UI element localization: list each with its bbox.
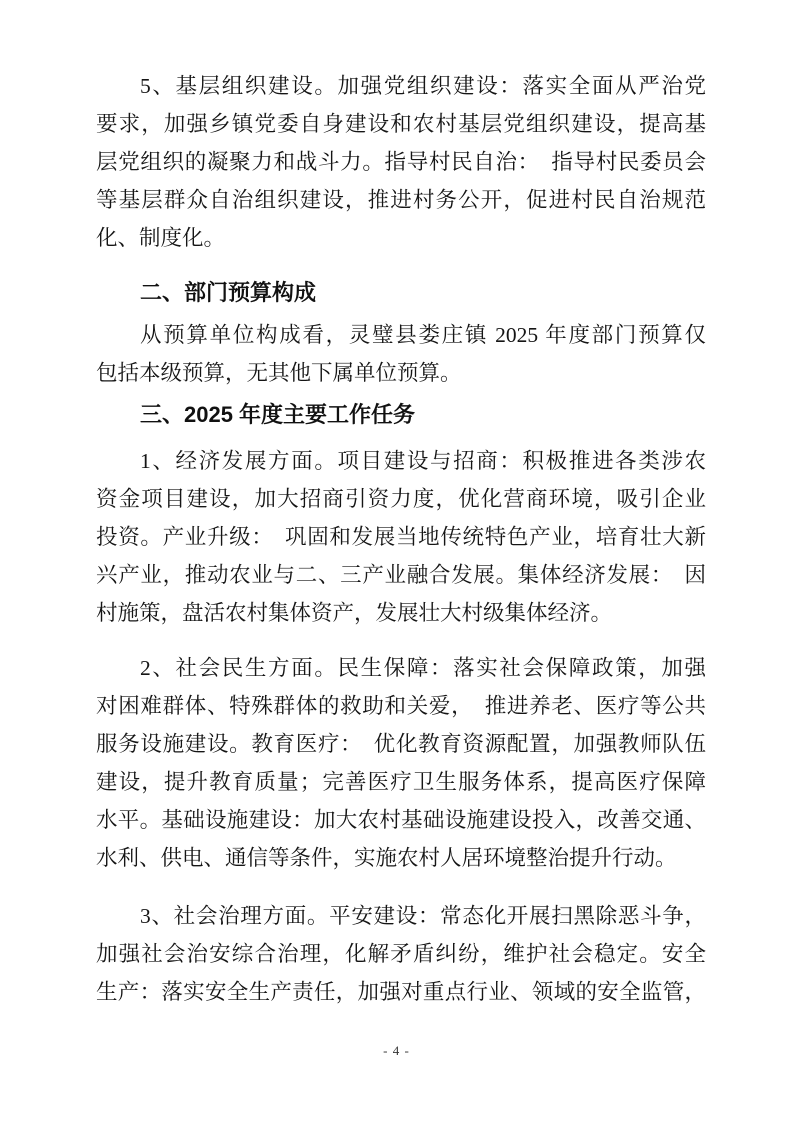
text-line: 从预算单位构成看，灵璧县娄庄镇 2025 年度部门预算仅 bbox=[96, 316, 706, 354]
page-number: - 4 - bbox=[383, 1043, 410, 1058]
text-line: 村施策，盘活农村集体资产，发展壮大村级集体经济。 bbox=[96, 594, 706, 632]
text-line: 水平。基础设施建设：加大农村基础设施建设投入，改善交通、 bbox=[96, 801, 706, 839]
paragraph: 从预算单位构成看，灵璧县娄庄镇 2025 年度部门预算仅包括本级预算，无其他下属… bbox=[96, 316, 706, 392]
text-line: 建设，提升教育质量；完善医疗卫生服务体系，提高医疗保障 bbox=[96, 763, 706, 801]
text-line: 服务设施建设。教育医疗： 优化教育资源配置，加强教师队伍 bbox=[96, 725, 706, 763]
page-footer: - 4 - bbox=[0, 1042, 793, 1060]
text-line: 对困难群体、特殊群体的救助和关爱， 推进养老、医疗等公共 bbox=[96, 687, 706, 725]
section-heading: 三、2025 年度主要工作任务 bbox=[96, 396, 706, 434]
text-line: 生产：落实安全生产责任，加强对重点行业、领域的安全监管， bbox=[96, 973, 706, 1011]
text-line: 资金项目建设，加大招商引资力度，优化营商环境，吸引企业 bbox=[96, 480, 706, 518]
text-line: 2、社会民生方面。民生保障：落实社会保障政策，加强 bbox=[96, 649, 706, 687]
paragraph: 1、经济发展方面。项目建设与招商：积极推进各类涉农资金项目建设，加大招商引资力度… bbox=[96, 442, 706, 632]
text-line: 水利、供电、通信等条件，实施农村人居环境整治提升行动。 bbox=[96, 839, 706, 877]
paragraph: 3、社会治理方面。平安建设：常态化开展扫黑除恶斗争，加强社会治安综合治理，化解矛… bbox=[96, 897, 706, 1011]
paragraph: 5、基层组织建设。加强党组织建设：落实全面从严治党要求，加强乡镇党委自身建设和农… bbox=[96, 67, 706, 257]
document-page: 5、基层组织建设。加强党组织建设：落实全面从严治党要求，加强乡镇党委自身建设和农… bbox=[0, 0, 793, 1122]
text-line: 化、制度化。 bbox=[96, 219, 706, 257]
document-body: 5、基层组织建设。加强党组织建设：落实全面从严治党要求，加强乡镇党委自身建设和农… bbox=[96, 67, 706, 1011]
text-line: 包括本级预算，无其他下属单位预算。 bbox=[96, 354, 706, 392]
text-line: 加强社会治安综合治理，化解矛盾纠纷，维护社会稳定。安全 bbox=[96, 935, 706, 973]
section-heading: 二、部门预算构成 bbox=[96, 274, 706, 312]
paragraph: 2、社会民生方面。民生保障：落实社会保障政策，加强对困难群体、特殊群体的救助和关… bbox=[96, 649, 706, 877]
text-line: 1、经济发展方面。项目建设与招商：积极推进各类涉农 bbox=[96, 442, 706, 480]
text-line: 层党组织的凝聚力和战斗力。指导村民自治： 指导村民委员会 bbox=[96, 143, 706, 181]
text-line: 等基层群众自治组织建设，推进村务公开，促进村民自治规范 bbox=[96, 181, 706, 219]
text-line: 5、基层组织建设。加强党组织建设：落实全面从严治党 bbox=[96, 67, 706, 105]
text-line: 要求，加强乡镇党委自身建设和农村基层党组织建设，提高基 bbox=[96, 105, 706, 143]
text-line: 3、社会治理方面。平安建设：常态化开展扫黑除恶斗争， bbox=[96, 897, 706, 935]
text-line: 兴产业，推动农业与二、三产业融合发展。集体经济发展： 因 bbox=[96, 556, 706, 594]
text-line: 投资。产业升级： 巩固和发展当地传统特色产业，培育壮大新 bbox=[96, 518, 706, 556]
